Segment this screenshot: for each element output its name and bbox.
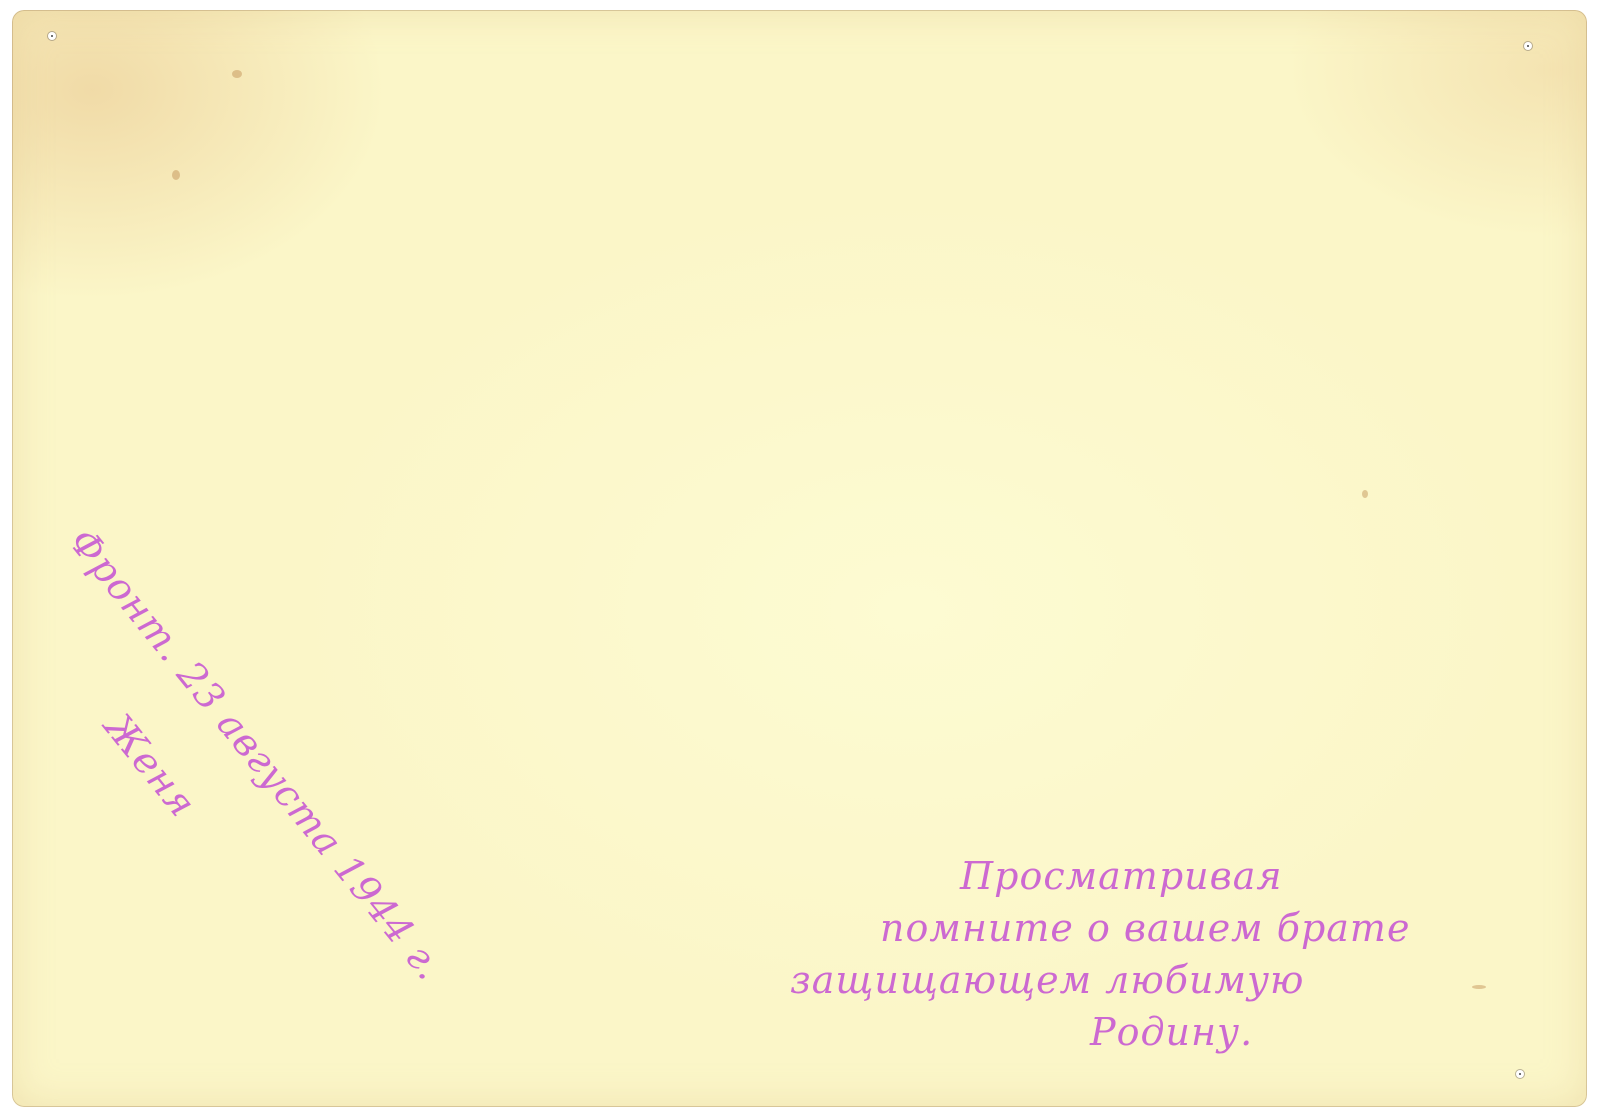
stain	[172, 170, 180, 180]
handwritten-message: Просматривая помните о вашем брате защищ…	[790, 850, 1510, 1058]
message-line: Родину.	[1090, 1006, 1600, 1058]
stain	[1362, 490, 1368, 498]
message-line: помните о вашем брате	[880, 902, 1600, 954]
pin-hole-icon	[1516, 1070, 1524, 1078]
stain	[232, 70, 242, 78]
pin-hole-icon	[1524, 42, 1532, 50]
message-line: защищающем любимую	[790, 954, 1510, 1006]
pin-hole-icon	[48, 32, 56, 40]
message-line: Просматривая	[960, 850, 1600, 902]
